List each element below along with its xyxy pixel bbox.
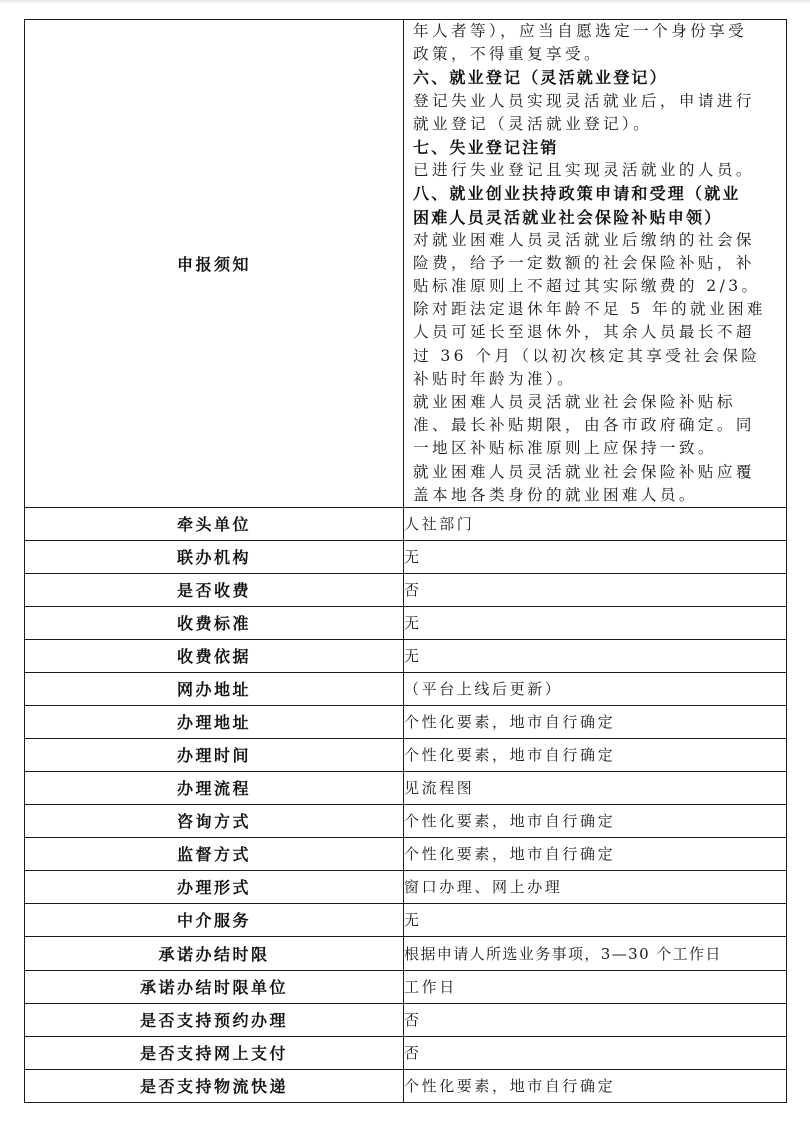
row-value: 人社部门 — [404, 507, 787, 540]
table-row-joint-agency: 联办机构 无 — [25, 540, 787, 573]
row-label: 办理地址 — [25, 705, 404, 738]
notice-line: 盖本地各类身份的就业困难人员。 — [413, 484, 780, 507]
notice-content: 年人者等），应当自愿选定一个身份享受 政策，不得重复享受。 六、就业登记（灵活就… — [404, 20, 787, 508]
table-row-consultation: 咨询方式 个性化要素，地市自行确定 — [25, 804, 787, 837]
row-label: 是否收费 — [25, 573, 404, 606]
row-label: 办理时间 — [25, 738, 404, 771]
row-label: 收费标准 — [25, 606, 404, 639]
notice-line: 政策，不得重复享受。 — [413, 43, 780, 66]
table-row-office-hours: 办理时间 个性化要素，地市自行确定 — [25, 738, 787, 771]
row-value: 见流程图 — [404, 771, 787, 804]
row-label: 中介服务 — [25, 903, 404, 936]
table-row-online-address: 网办地址 （平台上线后更新） — [25, 672, 787, 705]
table-row-fee-charged: 是否收费 否 — [25, 573, 787, 606]
row-value: 个性化要素，地市自行确定 — [404, 804, 787, 837]
table-row-notice: 申报须知 年人者等），应当自愿选定一个身份享受 政策，不得重复享受。 六、就业登… — [25, 20, 787, 508]
table-row-time-unit: 承诺办结时限单位 工作日 — [25, 970, 787, 1003]
notice-heading: 七、失业登记注销 — [413, 136, 780, 159]
notice-line: 一地区补贴标准原则上应保持一致。 — [413, 437, 780, 460]
row-value: 个性化要素，地市自行确定 — [404, 738, 787, 771]
table-row-online-payment: 是否支持网上支付 否 — [25, 1036, 787, 1069]
notice-line: 已进行失业登记且实现灵活就业的人员。 — [413, 159, 780, 182]
row-label: 承诺办结时限单位 — [25, 970, 404, 1003]
notice-line: 补贴时年龄为准）。 — [413, 368, 780, 391]
row-value: 窗口办理、网上办理 — [404, 870, 787, 903]
row-value: 无 — [404, 540, 787, 573]
table-row-fee-basis: 收费依据 无 — [25, 639, 787, 672]
table-row-appointment: 是否支持预约办理 否 — [25, 1003, 787, 1036]
row-value: 无 — [404, 606, 787, 639]
notice-line: 险费，给予一定数额的社会保险补贴，补 — [413, 252, 780, 275]
table-row-handling-form: 办理形式 窗口办理、网上办理 — [25, 870, 787, 903]
row-label: 咨询方式 — [25, 804, 404, 837]
notice-line: 就业困难人员灵活就业社会保险补贴标 — [413, 391, 780, 414]
row-value: 根据申请人所选业务事项，3—30 个工作日 — [404, 936, 787, 970]
row-label: 承诺办结时限 — [25, 936, 404, 970]
notice-line: 准、最长补贴期限，由各市政府确定。同 — [413, 414, 780, 437]
row-label: 监督方式 — [25, 837, 404, 870]
notice-line: 过 36 个月（以初次核定其享受社会保险 — [413, 345, 780, 368]
row-value: 个性化要素，地市自行确定 — [404, 837, 787, 870]
row-value: （平台上线后更新） — [404, 672, 787, 705]
notice-line: 就业困难人员灵活就业社会保险补贴应覆 — [413, 461, 780, 484]
table-row-express-delivery: 是否支持物流快递 个性化要素，地市自行确定 — [25, 1069, 787, 1102]
notice-heading: 困难人员灵活就业社会保险补贴申领） — [413, 206, 780, 229]
notice-line: 登记失业人员实现灵活就业后，申请进行 — [413, 90, 780, 113]
row-value: 否 — [404, 573, 787, 606]
row-label: 是否支持网上支付 — [25, 1036, 404, 1069]
row-label: 申报须知 — [25, 20, 404, 508]
notice-line: 人员可延长至退休外，其余人员最长不超 — [413, 321, 780, 344]
table-row-promised-time: 承诺办结时限 根据申请人所选业务事项，3—30 个工作日 — [25, 936, 787, 970]
table-row-office-address: 办理地址 个性化要素，地市自行确定 — [25, 705, 787, 738]
row-label: 是否支持物流快递 — [25, 1069, 404, 1102]
row-value: 无 — [404, 639, 787, 672]
table-row-fee-standard: 收费标准 无 — [25, 606, 787, 639]
row-value: 个性化要素，地市自行确定 — [404, 1069, 787, 1102]
notice-line: 贴标准原则上不超过其实际缴费的 2/3。 — [413, 275, 780, 298]
row-label: 办理形式 — [25, 870, 404, 903]
row-value: 否 — [404, 1003, 787, 1036]
notice-line: 对就业困难人员灵活就业后缴纳的社会保 — [413, 229, 780, 252]
notice-heading: 八、就业创业扶持政策申请和受理（就业 — [413, 182, 780, 205]
notice-line: 年人者等），应当自愿选定一个身份享受 — [413, 20, 780, 43]
row-label: 是否支持预约办理 — [25, 1003, 404, 1036]
row-label: 联办机构 — [25, 540, 404, 573]
row-label: 办理流程 — [25, 771, 404, 804]
notice-line: 就业登记（灵活就业登记）。 — [413, 113, 780, 136]
page-top-edge — [0, 0, 810, 4]
row-value: 无 — [404, 903, 787, 936]
notice-line: 除对距法定退休年龄不足 5 年的就业困难 — [413, 298, 780, 321]
row-label: 收费依据 — [25, 639, 404, 672]
notice-text-block: 年人者等），应当自愿选定一个身份享受 政策，不得重复享受。 六、就业登记（灵活就… — [404, 20, 786, 507]
table-row-supervision: 监督方式 个性化要素，地市自行确定 — [25, 837, 787, 870]
service-info-table: 申报须知 年人者等），应当自愿选定一个身份享受 政策，不得重复享受。 六、就业登… — [24, 19, 787, 1103]
table-row-lead-unit: 牵头单位 人社部门 — [25, 507, 787, 540]
row-value: 否 — [404, 1036, 787, 1069]
table-row-process: 办理流程 见流程图 — [25, 771, 787, 804]
row-value: 个性化要素，地市自行确定 — [404, 705, 787, 738]
table-row-intermediary: 中介服务 无 — [25, 903, 787, 936]
row-label: 牵头单位 — [25, 507, 404, 540]
row-label: 网办地址 — [25, 672, 404, 705]
row-value: 工作日 — [404, 970, 787, 1003]
notice-heading: 六、就业登记（灵活就业登记） — [413, 66, 780, 89]
